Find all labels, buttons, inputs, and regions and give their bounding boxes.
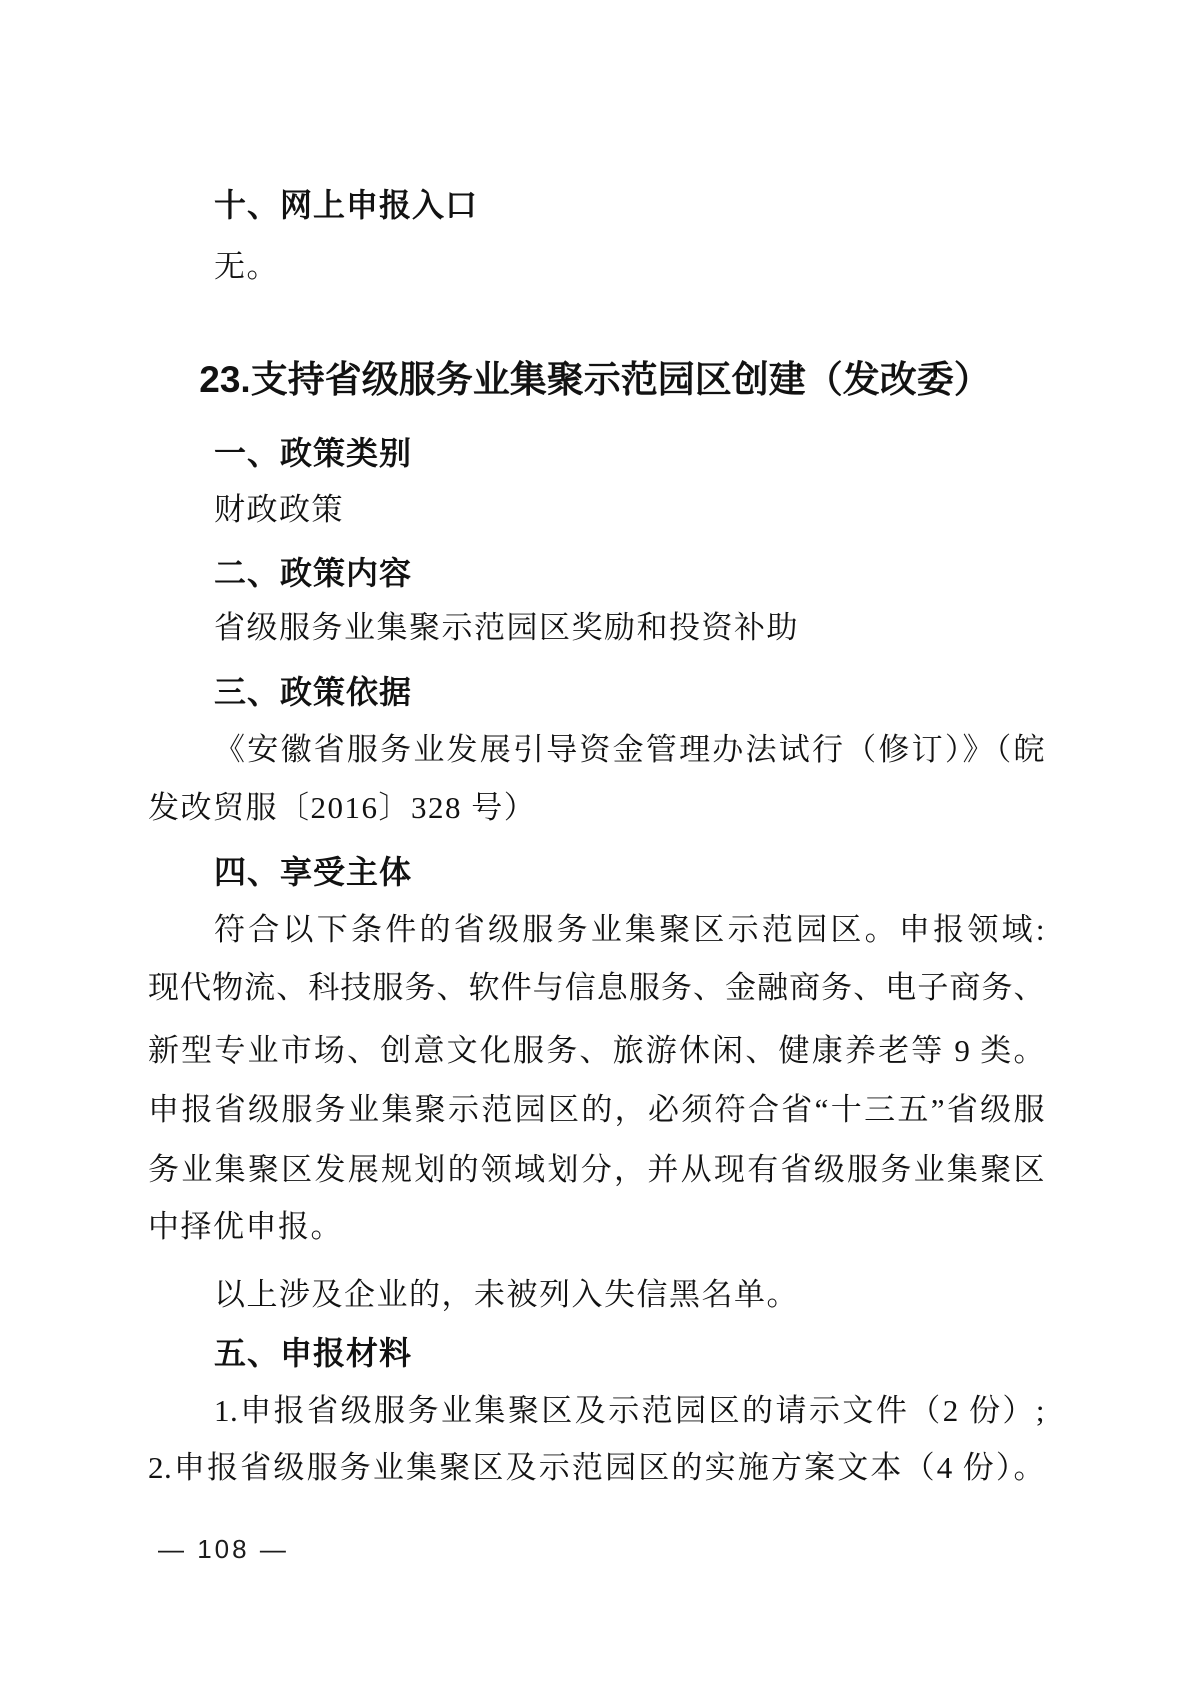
text-online-application-entry-none: 无。 <box>214 247 279 287</box>
text-application-materials-item1: 1.申报省级服务业集聚区及示范园区的请示文件（2 份）; <box>214 1391 1045 1431</box>
page-number: — 108 — <box>158 1533 289 1565</box>
text-policy-basis-line1: 《安徽省服务业发展引导资金管理办法试行（修订）》（皖 <box>214 730 1045 770</box>
heading-policy-category: 一、政策类别 <box>214 433 412 473</box>
text-beneficiaries-p1-line4: 申报省级服务业集聚示范园区的，必须符合省“十三五”省级服 <box>148 1090 1045 1130</box>
policy-title: 23.支持省级服务业集聚示范园区创建（发改委） <box>0 360 1190 400</box>
text-policy-category: 财政政策 <box>214 490 344 530</box>
text-beneficiaries-p1-line1: 符合以下条件的省级服务业集聚区示范园区。申报领域: <box>214 910 1045 950</box>
text-policy-content: 省级服务业集聚示范园区奖励和投资补助 <box>214 608 799 648</box>
heading-beneficiaries: 四、享受主体 <box>214 852 412 892</box>
text-beneficiaries-p1-line5: 务业集聚区发展规划的领域划分，并从现有省级服务业集聚区 <box>148 1150 1045 1190</box>
text-application-materials-item2: 2.申报省级服务业集聚区及示范园区的实施方案文本（4 份）。 <box>148 1448 1045 1488</box>
text-beneficiaries-note: 以上涉及企业的，未被列入失信黑名单。 <box>214 1275 799 1315</box>
text-beneficiaries-p1-line3: 新型专业市场、创意文化服务、旅游休闲、健康养老等 9 类。 <box>148 1031 1045 1071</box>
heading-policy-content: 二、政策内容 <box>214 553 412 593</box>
text-beneficiaries-p1-line6: 中择优申报。 <box>148 1207 343 1247</box>
heading-online-application-entry: 十、网上申报入口 <box>214 185 478 225</box>
heading-policy-basis: 三、政策依据 <box>214 672 412 712</box>
heading-application-materials: 五、申报材料 <box>214 1333 412 1373</box>
text-beneficiaries-p1-line2: 现代物流、科技服务、软件与信息服务、金融商务、电子商务、 <box>148 968 1045 1008</box>
text-policy-basis-line2: 发改贸服〔2016〕328 号） <box>148 788 536 828</box>
document-page: 十、网上申报入口 无。 23.支持省级服务业集聚示范园区创建（发改委） 一、政策… <box>0 0 1190 1683</box>
